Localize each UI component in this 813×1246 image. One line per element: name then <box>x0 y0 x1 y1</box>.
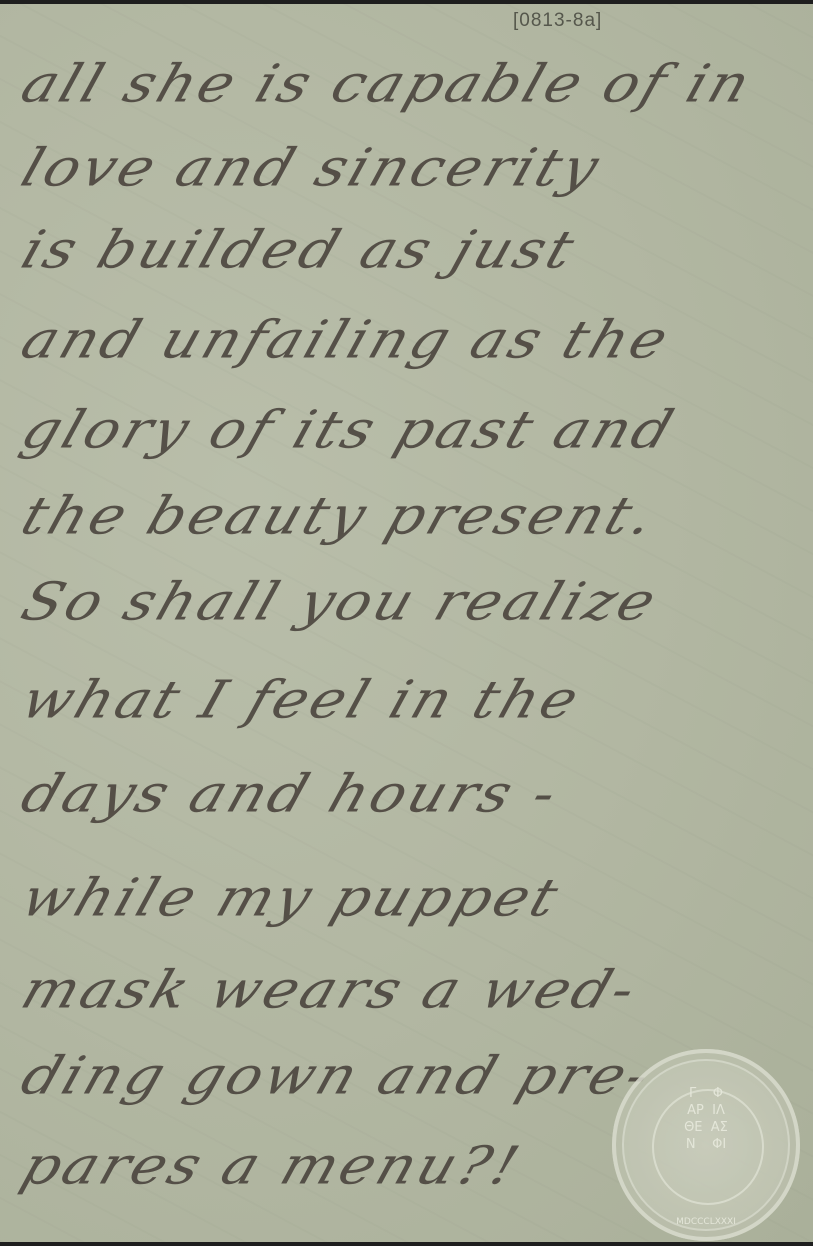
seal-roman-date: MDCCCLXXXI <box>612 1217 800 1227</box>
handwritten-line-10: while my puppet <box>14 867 568 928</box>
handwritten-line-2: love and sincerity <box>14 137 609 198</box>
handwritten-line-11: mask wears a wed- <box>14 959 646 1020</box>
handwritten-line-8: what I feel in the <box>14 669 589 730</box>
letter-page: [0813-8a] all she is capable of in love … <box>0 4 813 1242</box>
handwritten-line-7: So shall you realize <box>14 571 666 632</box>
handwritten-line-3: is builded as just <box>14 219 584 280</box>
handwritten-line-12: ding gown and pre- <box>14 1045 660 1106</box>
handwritten-line-13: pares a menu?! <box>14 1135 529 1196</box>
handwritten-line-9: days and hours - <box>14 763 567 824</box>
seal-greek-letters: Γ Φ ΑΡ ΙΛ ΘΕ ΑΣ Ν ΦΙ <box>612 1085 800 1153</box>
handwritten-line-6: the beauty present. <box>14 485 665 546</box>
handwritten-line-4: and unfailing as the <box>14 309 678 370</box>
embossed-seal-stamp: Γ Φ ΑΡ ΙΛ ΘΕ ΑΣ Ν ΦΙ MDCCCLXXXI <box>612 1049 800 1241</box>
handwritten-line-1: all she is capable of in <box>14 53 761 114</box>
archive-reference: [0813-8a] <box>513 10 602 32</box>
handwritten-line-5: glory of its past and <box>14 399 684 460</box>
